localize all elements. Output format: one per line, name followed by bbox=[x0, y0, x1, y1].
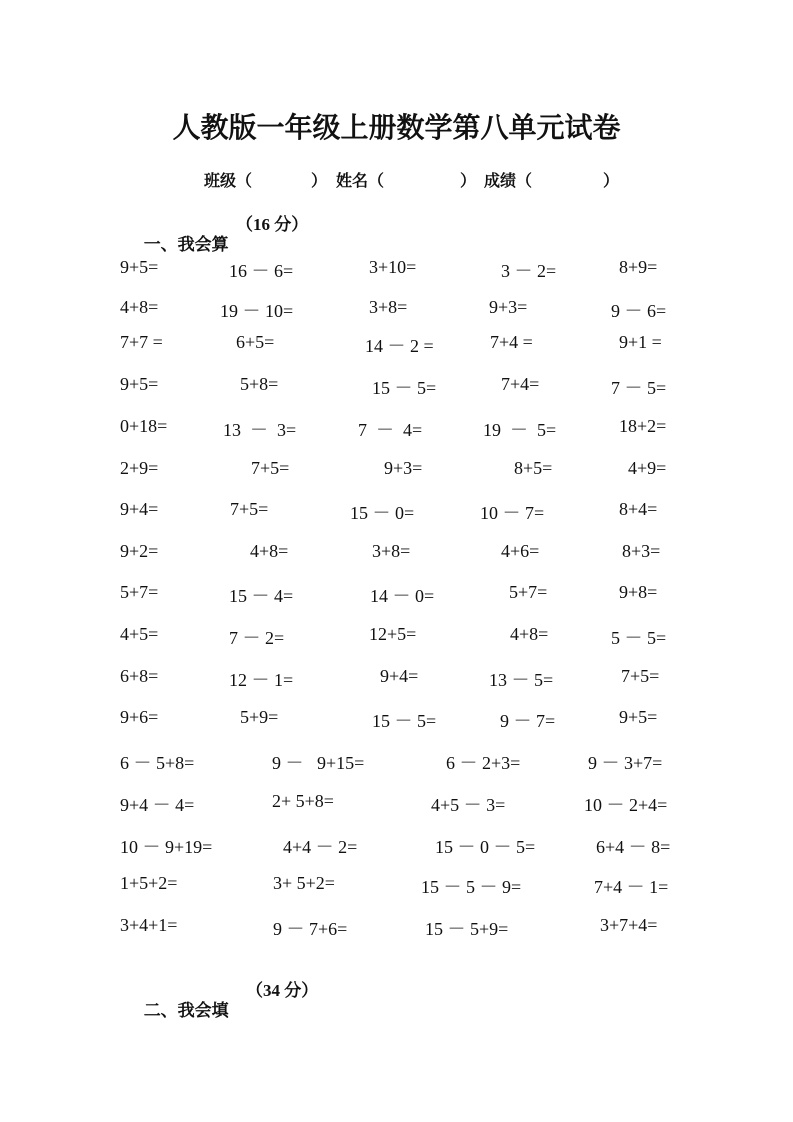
class-close: ） bbox=[311, 168, 327, 191]
exercise-item: 9 － 9+15= bbox=[272, 749, 364, 775]
exercise-item: 6+4 － 8= bbox=[596, 833, 670, 859]
exercise-item: 4+5 － 3= bbox=[431, 791, 505, 817]
exercise-item: 7+5= bbox=[230, 499, 268, 520]
exercise-item: 9+3= bbox=[384, 458, 422, 479]
exercise-item: 3+7+4= bbox=[600, 915, 657, 936]
exercise-item: 9 － 7+6= bbox=[273, 915, 347, 941]
score-label: 成绩（ bbox=[484, 168, 532, 191]
exercise-item: 3+4+1= bbox=[120, 915, 177, 936]
exercise-item: 4+5= bbox=[120, 624, 158, 645]
exercise-item: 7+4 － 1= bbox=[594, 873, 668, 899]
exercise-row: 2+9= 7+5= 9+3= 8+5= 4+9= bbox=[0, 458, 793, 482]
exercise-row: 7+7 = 6+5= 14 － 2 = 7+4 = 9+1 = bbox=[0, 332, 793, 356]
exercise-item: 7+7 = bbox=[120, 332, 163, 353]
exercise-row: 9+6= 5+9= 15 － 5= 9 － 7= 9+5= bbox=[0, 707, 793, 731]
score-close: ） bbox=[603, 168, 619, 191]
exercise-item: 3 － 2= bbox=[501, 257, 556, 283]
exercise-item: 3+10= bbox=[369, 257, 416, 278]
exercise-item: 18+2= bbox=[619, 416, 666, 437]
exercise-item: 5+9= bbox=[240, 707, 278, 728]
exercise-row: 0+18= 13 － 3= 7 － 4= 19 － 5= 18+2= bbox=[0, 416, 793, 440]
exercise-item: 5+7= bbox=[509, 582, 547, 603]
exercise-row: 10 － 9+19= 4+4 － 2= 15 － 0 － 5= 6+4 － 8= bbox=[0, 833, 793, 857]
exercise-item: 1+5+2= bbox=[120, 873, 177, 894]
exercise-item: 4+8= bbox=[250, 541, 288, 562]
exercise-row: 1+5+2= 3+ 5+2= 15 － 5 － 9= 7+4 － 1= bbox=[0, 873, 793, 897]
exercise-item: 15 － 0= bbox=[350, 499, 414, 525]
exercise-item: 8+9= bbox=[619, 257, 657, 278]
exercise-item: 12 － 1= bbox=[229, 666, 293, 692]
section-2-heading: 二、我会填 （34 分） bbox=[120, 976, 229, 1061]
exercise-item: 9+2= bbox=[120, 541, 158, 562]
exercise-item: 19 － 5= bbox=[483, 416, 556, 442]
exercise-row: 6+8= 12 － 1= 9+4= 13 － 5= 7+5= bbox=[0, 666, 793, 690]
exercise-item: 9+6= bbox=[120, 707, 158, 728]
section-2-points: （34 分） bbox=[246, 976, 318, 1001]
exercise-item: 6+5= bbox=[236, 332, 274, 353]
class-label: 班级（ bbox=[204, 168, 252, 191]
section-1-heading: 一、我会算 （16 分） bbox=[120, 210, 229, 295]
exercise-item: 10 － 9+19= bbox=[120, 833, 212, 859]
exercise-item: 16 － 6= bbox=[229, 257, 293, 283]
exercise-item: 9+4 － 4= bbox=[120, 791, 194, 817]
exercise-row: 6 － 5+8= 9 － 9+15= 6 － 2+3= 9 － 3+7= bbox=[0, 749, 793, 773]
exercise-item: 7+4 = bbox=[490, 332, 533, 353]
exercise-item: 4+8= bbox=[510, 624, 548, 645]
section-1-points: （16 分） bbox=[236, 210, 308, 235]
exercise-item: 7+4= bbox=[501, 374, 539, 395]
exercise-item: 2+9= bbox=[120, 458, 158, 479]
name-close: ） bbox=[460, 168, 476, 191]
section-1-title: 一、我会算 bbox=[144, 235, 229, 255]
exercise-item: 4+8= bbox=[120, 297, 158, 318]
exercise-item: 5 － 5= bbox=[611, 624, 666, 650]
exercise-item: 15 － 0 － 5= bbox=[435, 833, 535, 859]
exercise-item: 9+5= bbox=[120, 257, 158, 278]
exercise-item: 9+5= bbox=[619, 707, 657, 728]
section-2-title: 二、我会填 bbox=[144, 1001, 229, 1021]
exercise-item: 19 － 10= bbox=[220, 297, 293, 323]
exercise-item: 8+5= bbox=[514, 458, 552, 479]
exercise-item: 7 － 5= bbox=[611, 374, 666, 400]
exercise-row: 9+2= 4+8= 3+8= 4+6= 8+3= bbox=[0, 541, 793, 565]
exercise-row: 3+4+1= 9 － 7+6= 15 － 5+9= 3+7+4= bbox=[0, 915, 793, 939]
exercise-item: 15 － 5= bbox=[372, 374, 436, 400]
exercise-row: 9+5= 5+8= 15 － 5= 7+4= 7 － 5= bbox=[0, 374, 793, 398]
exercise-item: 3+8= bbox=[369, 297, 407, 318]
exercise-item: 7+5= bbox=[251, 458, 289, 479]
exercise-item: 8+3= bbox=[622, 541, 660, 562]
exercise-item: 9+1 = bbox=[619, 332, 662, 353]
exercise-item: 6 － 5+8= bbox=[120, 749, 194, 775]
exercise-item: 13 － 3= bbox=[223, 416, 296, 442]
exercise-item: 2+ 5+8= bbox=[272, 791, 334, 812]
exercise-item: 12+5= bbox=[369, 624, 416, 645]
exercise-item: 13 － 5= bbox=[489, 666, 553, 692]
exercise-item: 9+5= bbox=[120, 374, 158, 395]
exercise-item: 10 － 2+4= bbox=[584, 791, 667, 817]
exercise-row: 9+4 － 4= 2+ 5+8= 4+5 － 3= 10 － 2+4= bbox=[0, 791, 793, 815]
exercise-item: 15 － 5+9= bbox=[425, 915, 508, 941]
exercise-item: 9 － 7= bbox=[500, 707, 555, 733]
exercise-item: 7 － 2= bbox=[229, 624, 284, 650]
exercise-item: 9+4= bbox=[380, 666, 418, 687]
exercise-item: 15 － 4= bbox=[229, 582, 293, 608]
exercise-item: 7 － 4= bbox=[358, 416, 422, 442]
exercise-item: 6+8= bbox=[120, 666, 158, 687]
exercise-item: 8+4= bbox=[619, 499, 657, 520]
exercise-row: 9+5= 16 － 6= 3+10= 3 － 2= 8+9= bbox=[0, 257, 793, 281]
exercise-item: 9 － 3+7= bbox=[588, 749, 662, 775]
exercise-item: 9+4= bbox=[120, 499, 158, 520]
exercise-item: 7+5= bbox=[621, 666, 659, 687]
name-label: 姓名（ bbox=[336, 168, 384, 191]
exercise-item: 3+ 5+2= bbox=[273, 873, 335, 894]
exercise-item: 3+8= bbox=[372, 541, 410, 562]
exercise-row: 4+5= 7 － 2= 12+5= 4+8= 5 － 5= bbox=[0, 624, 793, 648]
exercise-item: 5+8= bbox=[240, 374, 278, 395]
exercise-item: 4+9= bbox=[628, 458, 666, 479]
exercise-item: 4+4 － 2= bbox=[283, 833, 357, 859]
exercise-item: 5+7= bbox=[120, 582, 158, 603]
exercise-row: 4+8= 19 － 10= 3+8= 9+3= 9 － 6= bbox=[0, 297, 793, 321]
exercise-item: 9 － 6= bbox=[611, 297, 666, 323]
exercise-item: 0+18= bbox=[120, 416, 167, 437]
student-info-line: 班级（ ） 姓名（ ） 成绩（ ） bbox=[0, 168, 793, 190]
exercise-item: 9+3= bbox=[489, 297, 527, 318]
exercise-item: 15 － 5= bbox=[372, 707, 436, 733]
exercise-item: 14 － 0= bbox=[370, 582, 434, 608]
exercise-row: 9+4= 7+5= 15 － 0= 10 － 7= 8+4= bbox=[0, 499, 793, 523]
exercise-row: 5+7= 15 － 4= 14 － 0= 5+7= 9+8= bbox=[0, 582, 793, 606]
exercise-item: 14 － 2 = bbox=[365, 332, 434, 358]
exercise-item: 10 － 7= bbox=[480, 499, 544, 525]
exercise-item: 6 － 2+3= bbox=[446, 749, 520, 775]
page-title: 人教版一年级上册数学第八单元试卷 bbox=[0, 106, 793, 146]
exercise-item: 9+8= bbox=[619, 582, 657, 603]
exercise-item: 4+6= bbox=[501, 541, 539, 562]
exercise-item: 15 － 5 － 9= bbox=[421, 873, 521, 899]
